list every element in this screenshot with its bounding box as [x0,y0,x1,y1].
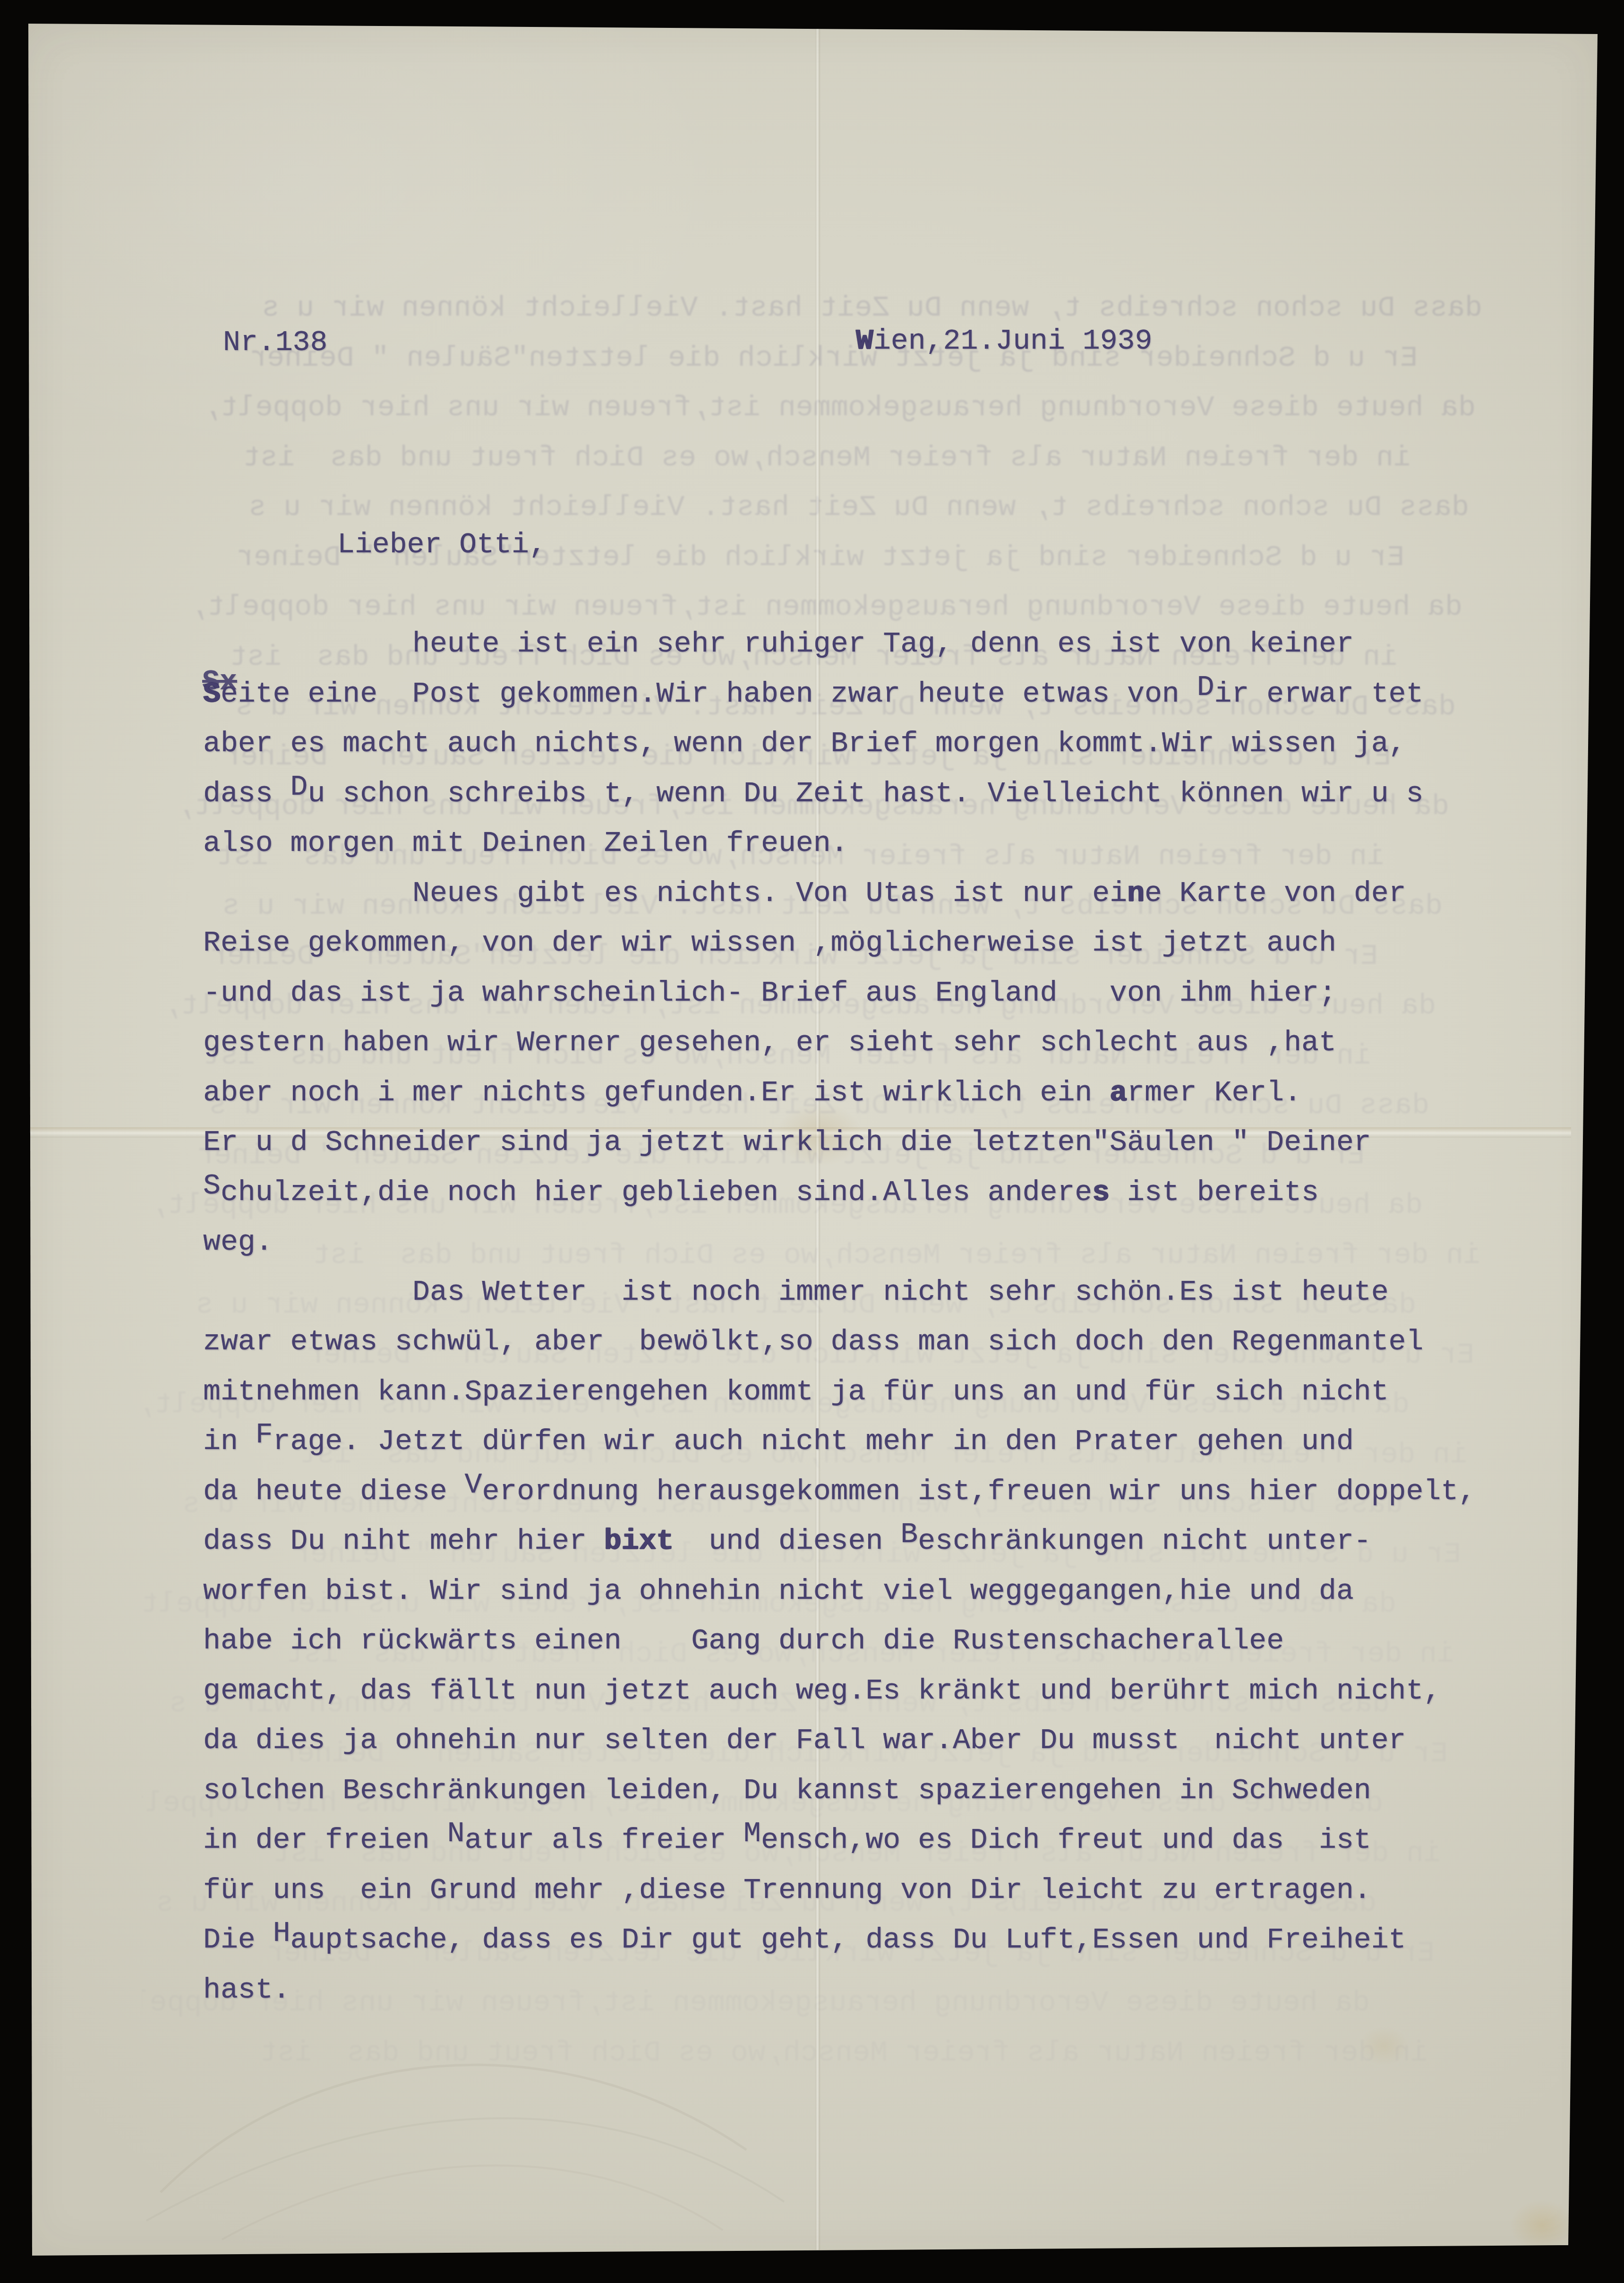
letter-line: -und das ist ja wahrscheinlich- Brief au… [203,969,1336,1018]
letter-line: Neues gibt es nichts. Von Utas ist nur e… [203,869,1406,918]
letter-line: Er u d Schneider sind ja jetzt wirklich … [203,1118,1371,1167]
salutation: Lieber Otti, [337,520,547,570]
letter-line: gemacht, das fällt nun jetzt auch weg.Es… [203,1666,1441,1716]
letter-line: weg. [203,1218,273,1267]
letter-line: in der freien Natur als freier Mensch,wo… [203,1816,1371,1865]
letter-place-date: Wien,21.Juni 1939 [856,317,1152,366]
letter-page: dass Du schon schreibs t, wenn Du Zeit h… [0,0,1624,2283]
letter-line: also morgen mit Deinen Zeilen freuen. [203,819,848,868]
letter-line: heute ist ein sehr ruhiger Tag, denn es … [203,619,1354,669]
letter-line: aber es macht auch nichts, wenn der Brie… [203,719,1406,769]
letter-line: für uns ein Grund mehr ,diese Trennung v… [203,1866,1371,1915]
letter-line: worfen bist. Wir sind ja ohnehin nicht v… [203,1567,1354,1616]
letter-line: Schulzeit,die noch hier geblieben sind.A… [203,1168,1319,1218]
scanned-letter-photo: dass Du schon schreibs t, wenn Du Zeit h… [0,0,1624,2283]
letter-line: Das Wetter ist noch immer nicht sehr sch… [203,1268,1389,1317]
letter-line: dass Du schon schreibs t, wenn Du Zeit h… [203,769,1423,819]
letter-line: Reise gekommen, von der wir wissen ,mögl… [203,918,1336,968]
letter-line: Die Hauptsache, dass es Dir gut geht, da… [203,1915,1406,1965]
letter-line: Seite eine Post gekommen.Wir haben zwar … [203,669,1423,719]
letter-line: da heute diese Verordnung herausgekommen… [203,1467,1476,1517]
letter-line: hast. [203,1965,291,2015]
letter-number: Nr.138 [223,318,327,368]
letter-line: solchen Beschränkungen leiden, Du kannst… [203,1766,1371,1816]
letter-line: in Frage. Jetzt dürfen wir auch nicht me… [203,1417,1354,1467]
letter-line: mitnehmen kann.Spazierengehen kommt ja f… [203,1367,1389,1417]
letter-content: Nr.138 Wien,21.Juni 1939 Lieber Otti, Sx… [0,0,1624,2283]
letter-line: gestern haben wir Werner gesehen, er sie… [203,1018,1336,1068]
letter-line: habe ich rückwärts einen Gang durch die … [203,1616,1284,1666]
letter-line: aber noch i mer nichts gefunden.Er ist w… [203,1068,1301,1118]
letter-line: da dies ja ohnehin nur selten der Fall w… [203,1716,1406,1766]
letter-line: dass Du niht mehr hier bixt und diesen B… [203,1517,1371,1566]
letter-line: zwar etwas schwül, aber bewölkt,so dass … [203,1317,1423,1367]
